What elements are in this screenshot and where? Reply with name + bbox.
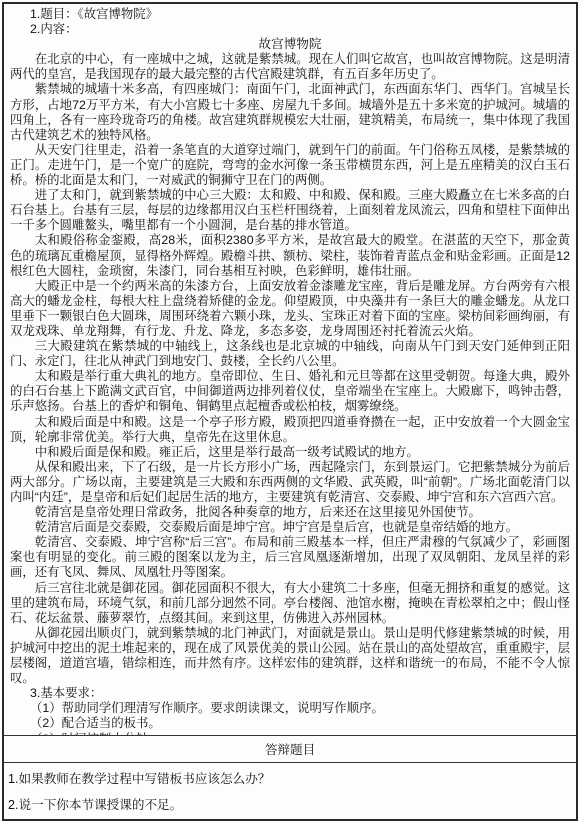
- defense-question: 2.说一下你本节课授课的不足。: [8, 791, 572, 817]
- essay-paragraph: 太和殿后面是中和殿。这是一个亭子形方殿，殿顶把四道垂脊攒在一起，正中安放着一个大…: [10, 415, 570, 445]
- essay-paragraph: 在北京的中心，有一座城中之城，这就是紫禁城。现在人们叫它故宫，也叫故宫博物院。这…: [10, 52, 570, 82]
- essay-paragraph: 乾清宫是皇帝处理日常政务，批阅各种奏章的地方，后来还在这里接见外国使节。: [10, 505, 570, 520]
- essay-paragraph: 从保和殿出来，下了石级，是一片长方形小广场，西起隆宗门，东到景运门。它把紫禁城分…: [10, 460, 570, 505]
- essay-title: 故宫博物院: [10, 37, 570, 52]
- essay-paragraph: 从天安门往里走，沿着一条笔直的大道穿过端门，就到午门的前面。午门俗称五凤楼，是紫…: [10, 143, 570, 188]
- essay-paragraph: 三大殿建筑在紫禁城的中轴线上，这条线也是北京城的中轴线，向南从午门到天安门延伸到…: [10, 339, 570, 369]
- content-label-line: 2.内容：: [10, 22, 570, 37]
- essay-paragraph: 大殿正中是一个约两米高的朱漆方台，上面安放着金漆雕龙宝座，背后是雕龙屏。方台两旁…: [10, 279, 570, 339]
- defense-question: 1.如果教师在教学过程中写错板书应该怎么办？: [8, 765, 572, 791]
- essay-paragraph: 紫禁城的城墙十米多高，有四座城门：南面午门，北面神武门，东西面东华门、西华门。宫…: [10, 82, 570, 142]
- basic-requirements-label: 3.基本要求：: [10, 686, 570, 701]
- essay-paragraph: 后三宫往北就是御花园。御花园面积不很大，有大小建筑二十多座，但毫无拥挤和重复的感…: [10, 581, 570, 626]
- essay-paragraph: 中和殿后面是保和殿。雍正后，这里是举行最高一级考试殿试的地方。: [10, 445, 570, 460]
- essay-paragraph: 太和殿俗称金銮殿，高28米，面积2380多平方米，是故宫最大的殿堂。在湛蓝的天空…: [10, 233, 570, 278]
- document-sheet: 1.题目：《故宫博物院》 2.内容： 故宫博物院 在北京的中心，有一座城中之城，…: [2, 2, 578, 821]
- question-content-section: 1.题目：《故宫博物院》 2.内容： 故宫博物院 在北京的中心，有一座城中之城，…: [4, 4, 576, 735]
- essay-paragraph: 乾清宫、交泰殿、坤宁宫称“后三宫”。布局和前三殿基本一样，但庄严肃穆的气氛减少了…: [10, 535, 570, 580]
- requirement-item: （1）帮助同学们理清写作顺序。要求朗读课文，说明写作顺序。: [10, 701, 570, 716]
- exam-card-page: 1.题目：《故宫博物院》 2.内容： 故宫博物院 在北京的中心，有一座城中之城，…: [0, 0, 580, 823]
- topic-title-line: 1.题目：《故宫博物院》: [10, 7, 570, 22]
- essay-paragraph: 乾清宫后面是交泰殿，交泰殿后面是坤宁宫。坤宁宫是皇后宫，也就是皇帝结婚的地方。: [10, 520, 570, 535]
- essay-paragraph: 进了太和门，就到紫禁城的中心三大殿：太和殿、中和殿、保和殿。三座大殿矗立在七米多…: [10, 188, 570, 233]
- essay-paragraph: 从御花园出顺贞门，就到紫禁城的北门神武门，对面就是景山。景山是明代修建紫禁城的时…: [10, 626, 570, 686]
- requirement-item: （2）配合适当的板书。: [10, 716, 570, 731]
- defense-questions-section: 1.如果教师在教学过程中写错板书应该怎么办？ 2.说一下你本节课授课的不足。: [4, 763, 576, 819]
- defense-questions-header: 答辩题目: [4, 735, 576, 763]
- essay-paragraph: 太和殿是举行重大典礼的地方。皇帝即位、生日、婚礼和元旦等都在这里受朝贺。每逢大典…: [10, 369, 570, 414]
